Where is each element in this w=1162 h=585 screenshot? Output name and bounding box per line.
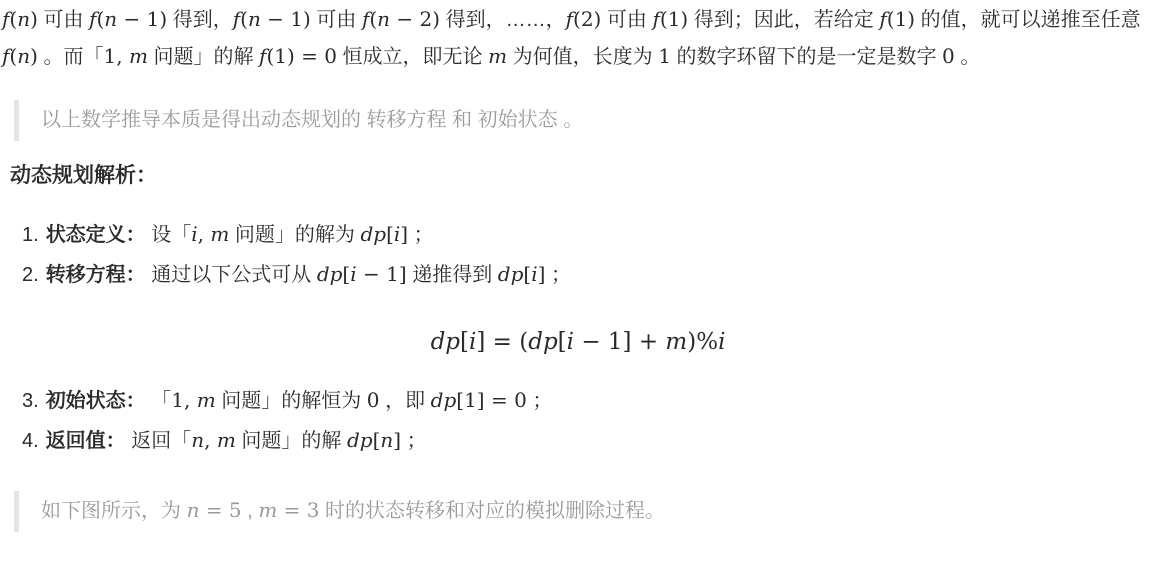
dp-analysis-heading: 动态规划解析： bbox=[10, 161, 1154, 191]
list-number: 1. bbox=[22, 215, 39, 255]
dp-steps-list-1-2: 1. 状态定义： 设「i, m 问题」的解为 dp[i] ； 2. 转移方程： … bbox=[2, 215, 1154, 295]
dp-transition-formula: dp[i] = (dp[i − 1] + m)%i bbox=[2, 321, 1154, 361]
dp-steps-list-3-4: 3. 初始状态： 「1, m 问题」的解恒为 0 ，即 dp[1] = 0 ； … bbox=[2, 381, 1154, 461]
figure-intro-quote-text: 如下图所示，为 n = 5 , m = 3 时的状态转移和对应的模拟删除过程。 bbox=[41, 493, 1154, 530]
article-page: f(n) 可由 f(n − 1) 得到，f(n − 1) 可由 f(n − 2)… bbox=[0, 0, 1162, 532]
list-item-state-definition: 1. 状态定义： 设「i, m 问题」的解为 dp[i] ； bbox=[22, 215, 1154, 255]
list-number: 4. bbox=[22, 421, 39, 461]
list-item-transition-equation: 2. 转移方程： 通过以下公式可从 dp[i − 1] 递推得到 dp[i] ； bbox=[22, 255, 1154, 295]
list-item-return-value: 4. 返回值： 返回「n, m 问题」的解 dp[n] ； bbox=[22, 421, 1154, 461]
figure-intro-blockquote: 如下图所示，为 n = 5 , m = 3 时的状态转移和对应的模拟删除过程。 bbox=[14, 491, 1154, 532]
intro-paragraph: f(n) 可由 f(n − 1) 得到，f(n − 1) 可由 f(n − 2)… bbox=[2, 2, 1154, 76]
list-item-text: 转移方程： 通过以下公式可从 dp[i − 1] 递推得到 dp[i] ； bbox=[46, 255, 1154, 295]
list-number: 3. bbox=[22, 381, 39, 421]
list-item-text: 返回值： 返回「n, m 问题」的解 dp[n] ； bbox=[46, 421, 1154, 461]
list-item-initial-state: 3. 初始状态： 「1, m 问题」的解恒为 0 ，即 dp[1] = 0 ； bbox=[22, 381, 1154, 421]
summary-quote-text: 以上数学推导本质是得出动态规划的 转移方程 和 初始状态 。 bbox=[41, 102, 1154, 139]
summary-blockquote: 以上数学推导本质是得出动态规划的 转移方程 和 初始状态 。 bbox=[14, 100, 1154, 141]
list-item-text: 初始状态： 「1, m 问题」的解恒为 0 ，即 dp[1] = 0 ； bbox=[46, 381, 1154, 421]
list-number: 2. bbox=[22, 255, 39, 295]
list-item-text: 状态定义： 设「i, m 问题」的解为 dp[i] ； bbox=[46, 215, 1154, 255]
